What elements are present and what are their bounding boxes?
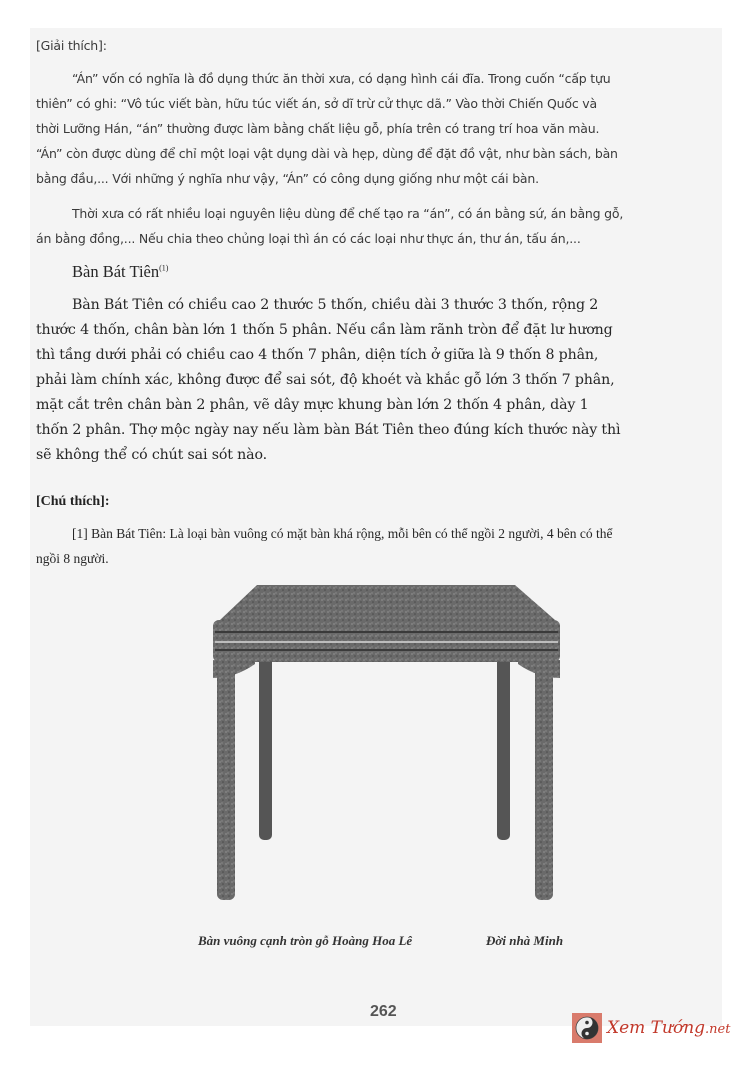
text-line: thời Lưỡng Hán, “án” thường được làm bằn… bbox=[36, 121, 599, 136]
explanation-heading: [Giải thích]: bbox=[36, 38, 107, 53]
text-line: bằng đầu,... Với những ý nghĩa như vậy, … bbox=[36, 171, 539, 186]
text-line: thước 4 thốn, chân bàn lớn 1 thốn 5 phân… bbox=[36, 322, 613, 338]
text-line: Bàn Bát Tiên có chiều cao 2 thước 5 thốn… bbox=[72, 297, 598, 313]
watermark-logo: Xem Tướng.net bbox=[572, 1013, 730, 1043]
text-line: [1] Bàn Bát Tiên: Là loại bàn vuông có m… bbox=[72, 526, 612, 542]
section-title: Bàn Bát Tiên(1) bbox=[72, 262, 168, 282]
square-table-illustration bbox=[195, 580, 575, 905]
text-line: thốn 2 phân. Thợ mộc ngày nay nếu làm bà… bbox=[36, 422, 620, 438]
text-line: “Án” còn được dùng để chỉ một loại vật d… bbox=[36, 146, 618, 161]
watermark-text: Xem Tướng.net bbox=[607, 1018, 730, 1038]
text-line: thì tầng dưới phải có chiều cao 4 thốn 7… bbox=[36, 347, 598, 363]
section-title-text: Bàn Bát Tiên bbox=[72, 262, 159, 281]
text-line: “Án” vốn có nghĩa là đồ dụng thức ăn thờ… bbox=[72, 71, 610, 86]
yin-yang-icon bbox=[572, 1013, 602, 1043]
text-line: sẽ không thể có chút sai sót nào. bbox=[36, 447, 267, 463]
page-number: 262 bbox=[370, 1003, 397, 1021]
text-line: ngồi 8 người. bbox=[36, 551, 109, 567]
footnote-ref: (1) bbox=[159, 264, 168, 273]
text-line: án bằng đồng,... Nếu chia theo chủng loạ… bbox=[36, 231, 581, 246]
text-line: thiên” có ghi: “Vô túc viết bàn, hữu túc… bbox=[36, 96, 597, 111]
caption-title: Bàn vuông cạnh tròn gỗ Hoàng Hoa Lê bbox=[198, 933, 412, 949]
notes-heading: [Chú thích]: bbox=[36, 494, 110, 510]
text-line: phải làm chính xác, không được để sai só… bbox=[36, 372, 614, 388]
caption-period: Đời nhà Minh bbox=[486, 933, 563, 949]
text-line: mặt cắt trên chân bàn 2 phân, vẽ dây mực… bbox=[36, 397, 588, 413]
text-line: Thời xưa có rất nhiều loại nguyên liệu d… bbox=[72, 206, 623, 221]
